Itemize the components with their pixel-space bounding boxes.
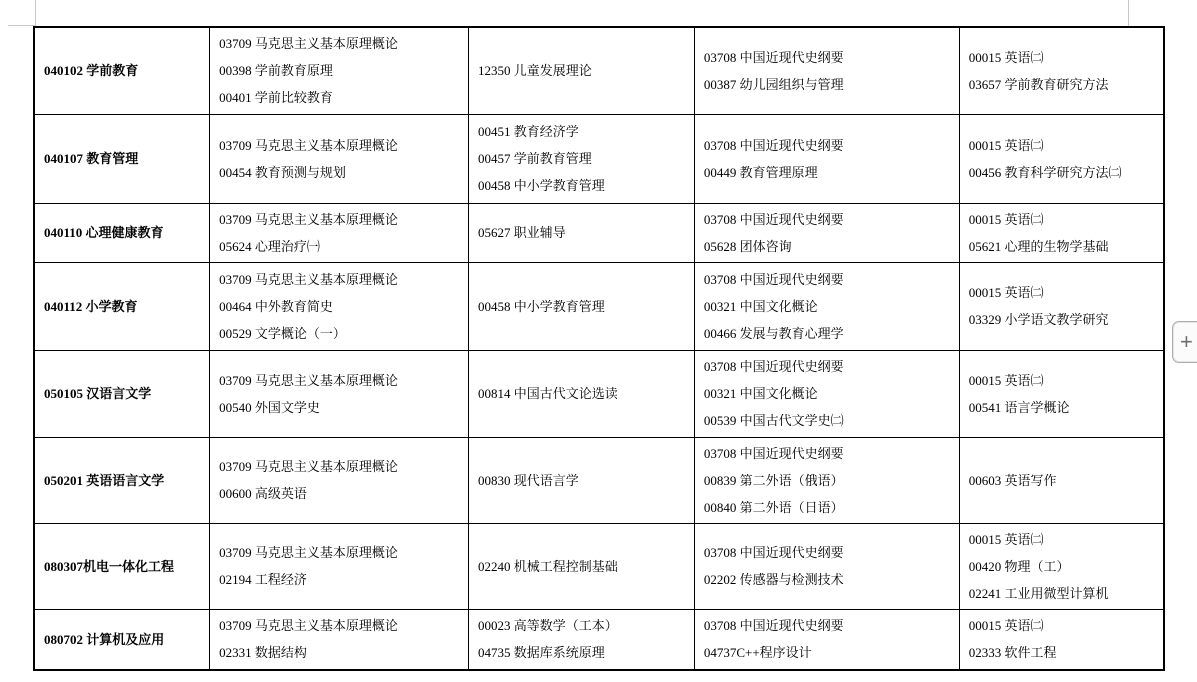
- course-cell: 03708 中国近现代史纲要00387 幼儿园组织与管理: [694, 27, 959, 114]
- course-line: 03709 马克思主义基本原理概论: [219, 367, 462, 394]
- table-row: 080702 计算机及应用03709 马克思主义基本原理概论02331 数据结构…: [34, 609, 1164, 670]
- course-cell: 02240 机械工程控制基础: [469, 523, 695, 609]
- course-line: 03709 马克思主义基本原理概论: [219, 539, 462, 566]
- course-cell: 03708 中国近现代史纲要00321 中国文化概论00466 发展与教育心理学: [694, 262, 959, 350]
- course-line: 12350 儿童发展理论: [478, 57, 688, 84]
- course-cell: 03709 马克思主义基本原理概论02194 工程经济: [210, 523, 469, 609]
- course-line: 03708 中国近现代史纲要: [704, 353, 953, 380]
- major-cell: 040107 教育管理: [34, 114, 210, 203]
- course-line: 00321 中国文化概论: [704, 293, 953, 320]
- course-line: 02194 工程经济: [219, 566, 462, 593]
- course-line: 00840 第二外语（日语）: [704, 494, 953, 521]
- course-line: 00451 教育经济学: [478, 118, 688, 145]
- course-cell: 03709 马克思主义基本原理概论00454 教育预测与规划: [210, 114, 469, 203]
- course-line: 00600 高级英语: [219, 480, 462, 507]
- course-cell: 03709 马克思主义基本原理概论00464 中外教育简史00529 文学概论（…: [210, 262, 469, 350]
- course-line: 00456 教育科学研究方法㈡: [969, 159, 1157, 186]
- course-cell: 12350 儿童发展理论: [469, 27, 695, 114]
- course-cell: 03709 马克思主义基本原理概论00540 外国文学史: [210, 350, 469, 437]
- course-line: 02202 传感器与检测技术: [704, 566, 953, 593]
- table-row: 040107 教育管理03709 马克思主义基本原理概论00454 教育预测与规…: [34, 114, 1164, 203]
- course-line: 00420 物理（工）: [969, 553, 1157, 580]
- course-line: 00449 教育管理原理: [704, 159, 953, 186]
- table-row: 050105 汉语言文学03709 马克思主义基本原理概论00540 外国文学史…: [34, 350, 1164, 437]
- course-line: 02333 软件工程: [969, 639, 1157, 666]
- major-label: 040102 学前教育: [44, 57, 203, 84]
- major-cell: 040102 学前教育: [34, 27, 210, 114]
- table-row: 050201 英语语言文学03709 马克思主义基本原理概论00600 高级英语…: [34, 437, 1164, 523]
- major-cell: 080307机电一体化工程: [34, 523, 210, 609]
- major-label: 040107 教育管理: [44, 145, 203, 172]
- course-line: 00603 英语写作: [969, 467, 1157, 494]
- course-line: 05627 职业辅导: [478, 219, 688, 246]
- course-cell: 00023 高等数学（工本）04735 数据库系统原理: [469, 609, 695, 670]
- major-label: 050105 汉语言文学: [44, 380, 203, 407]
- sheet-gridline-vertical-left: [35, 0, 36, 25]
- course-cell: 00015 英语㈡00456 教育科学研究方法㈡: [959, 114, 1164, 203]
- course-cell: 00015 英语㈡00541 语言学概论: [959, 350, 1164, 437]
- course-line: 03709 马克思主义基本原理概论: [219, 206, 462, 233]
- course-line: 03709 马克思主义基本原理概论: [219, 30, 462, 57]
- course-line: 00015 英语㈡: [969, 279, 1157, 306]
- major-label: 040110 心理健康教育: [44, 219, 203, 246]
- course-line: 03708 中国近现代史纲要: [704, 44, 953, 71]
- zoom-in-button[interactable]: +: [1172, 321, 1197, 363]
- course-line: 00015 英语㈡: [969, 526, 1157, 553]
- course-line: 00015 英语㈡: [969, 367, 1157, 394]
- course-line: 00458 中小学教育管理: [478, 293, 688, 320]
- course-line: 00830 现代语言学: [478, 467, 688, 494]
- table-row: 040102 学前教育03709 马克思主义基本原理概论00398 学前教育原理…: [34, 27, 1164, 114]
- course-line: 03709 马克思主义基本原理概论: [219, 266, 462, 293]
- course-cell: 00458 中小学教育管理: [469, 262, 695, 350]
- course-line: 00015 英语㈡: [969, 612, 1157, 639]
- major-label: 080702 计算机及应用: [44, 626, 203, 653]
- course-line: 04737C++程序设计: [704, 639, 953, 666]
- major-cell: 080702 计算机及应用: [34, 609, 210, 670]
- course-line: 03708 中国近现代史纲要: [704, 539, 953, 566]
- course-line: 03708 中国近现代史纲要: [704, 612, 953, 639]
- course-line: 02241 工业用微型计算机: [969, 580, 1157, 607]
- course-cell: 03708 中国近现代史纲要00839 第二外语（俄语）00840 第二外语（日…: [694, 437, 959, 523]
- sheet-gridline-horizontal-left: [8, 25, 36, 26]
- course-line: 05628 团体咨询: [704, 233, 953, 260]
- course-line: 03657 学前教育研究方法: [969, 71, 1157, 98]
- course-line: 00387 幼儿园组织与管理: [704, 71, 953, 98]
- course-line: 00015 英语㈡: [969, 132, 1157, 159]
- course-cell: 03709 马克思主义基本原理概论02331 数据结构: [210, 609, 469, 670]
- major-cell: 040112 小学教育: [34, 262, 210, 350]
- course-line: 00015 英语㈡: [969, 206, 1157, 233]
- course-line: 03709 马克思主义基本原理概论: [219, 453, 462, 480]
- document-page: 040102 学前教育03709 马克思主义基本原理概论00398 学前教育原理…: [0, 0, 1197, 682]
- course-line: 00540 外国文学史: [219, 394, 462, 421]
- course-line: 00541 语言学概论: [969, 394, 1157, 421]
- course-cell: 00015 英语㈡00420 物理（工）02241 工业用微型计算机: [959, 523, 1164, 609]
- course-line: 00814 中国古代文论选读: [478, 380, 688, 407]
- table-row: 040112 小学教育03709 马克思主义基本原理概论00464 中外教育简史…: [34, 262, 1164, 350]
- table-row: 080307机电一体化工程03709 马克思主义基本原理概论02194 工程经济…: [34, 523, 1164, 609]
- course-line: 00457 学前教育管理: [478, 145, 688, 172]
- course-cell: 03708 中国近现代史纲要05628 团体咨询: [694, 203, 959, 262]
- exam-schedule-table: 040102 学前教育03709 马克思主义基本原理概论00398 学前教育原理…: [33, 26, 1165, 671]
- course-line: 03709 马克思主义基本原理概论: [219, 132, 462, 159]
- course-line: 04735 数据库系统原理: [478, 639, 688, 666]
- course-line: 03329 小学语文教学研究: [969, 306, 1157, 333]
- course-cell: 03708 中国近现代史纲要02202 传感器与检测技术: [694, 523, 959, 609]
- course-cell: 03709 马克思主义基本原理概论00600 高级英语: [210, 437, 469, 523]
- major-label: 080307机电一体化工程: [44, 553, 203, 580]
- course-cell: 00015 英语㈡02333 软件工程: [959, 609, 1164, 670]
- sheet-gridline-vertical-right: [1128, 0, 1129, 26]
- major-cell: 050201 英语语言文学: [34, 437, 210, 523]
- course-cell: 00451 教育经济学00457 学前教育管理00458 中小学教育管理: [469, 114, 695, 203]
- course-cell: 00015 英语㈡03657 学前教育研究方法: [959, 27, 1164, 114]
- course-cell: 03708 中国近现代史纲要00449 教育管理原理: [694, 114, 959, 203]
- course-line: 05624 心理治疗㈠: [219, 233, 462, 260]
- course-line: 03708 中国近现代史纲要: [704, 440, 953, 467]
- course-cell: 03708 中国近现代史纲要04737C++程序设计: [694, 609, 959, 670]
- course-cell: 00830 现代语言学: [469, 437, 695, 523]
- course-line: 00398 学前教育原理: [219, 57, 462, 84]
- major-cell: 040110 心理健康教育: [34, 203, 210, 262]
- course-line: 00401 学前比较教育: [219, 84, 462, 111]
- course-cell: 05627 职业辅导: [469, 203, 695, 262]
- course-cell: 03709 马克思主义基本原理概论05624 心理治疗㈠: [210, 203, 469, 262]
- course-line: 00023 高等数学（工本）: [478, 612, 688, 639]
- course-line: 00321 中国文化概论: [704, 380, 953, 407]
- course-line: 03708 中国近现代史纲要: [704, 206, 953, 233]
- course-line: 00529 文学概论（一）: [219, 320, 462, 347]
- course-line: 00454 教育预测与规划: [219, 159, 462, 186]
- course-line: 00539 中国古代文学史㈡: [704, 407, 953, 434]
- course-line: 05621 心理的生物学基础: [969, 233, 1157, 260]
- table-row: 040110 心理健康教育03709 马克思主义基本原理概论05624 心理治疗…: [34, 203, 1164, 262]
- course-line: 02331 数据结构: [219, 639, 462, 666]
- course-cell: 00015 英语㈡05621 心理的生物学基础: [959, 203, 1164, 262]
- course-line: 03708 中国近现代史纲要: [704, 266, 953, 293]
- course-line: 00464 中外教育简史: [219, 293, 462, 320]
- course-cell: 00603 英语写作: [959, 437, 1164, 523]
- major-label: 040112 小学教育: [44, 293, 203, 320]
- course-line: 00015 英语㈡: [969, 44, 1157, 71]
- course-cell: 03709 马克思主义基本原理概论00398 学前教育原理00401 学前比较教…: [210, 27, 469, 114]
- course-line: 00458 中小学教育管理: [478, 172, 688, 199]
- course-cell: 03708 中国近现代史纲要00321 中国文化概论00539 中国古代文学史㈡: [694, 350, 959, 437]
- course-line: 02240 机械工程控制基础: [478, 553, 688, 580]
- table-body: 040102 学前教育03709 马克思主义基本原理概论00398 学前教育原理…: [34, 27, 1164, 670]
- course-line: 03709 马克思主义基本原理概论: [219, 612, 462, 639]
- course-line: 03708 中国近现代史纲要: [704, 132, 953, 159]
- major-cell: 050105 汉语言文学: [34, 350, 210, 437]
- course-cell: 00814 中国古代文论选读: [469, 350, 695, 437]
- major-label: 050201 英语语言文学: [44, 467, 203, 494]
- course-line: 00839 第二外语（俄语）: [704, 467, 953, 494]
- course-line: 00466 发展与教育心理学: [704, 320, 953, 347]
- course-cell: 00015 英语㈡03329 小学语文教学研究: [959, 262, 1164, 350]
